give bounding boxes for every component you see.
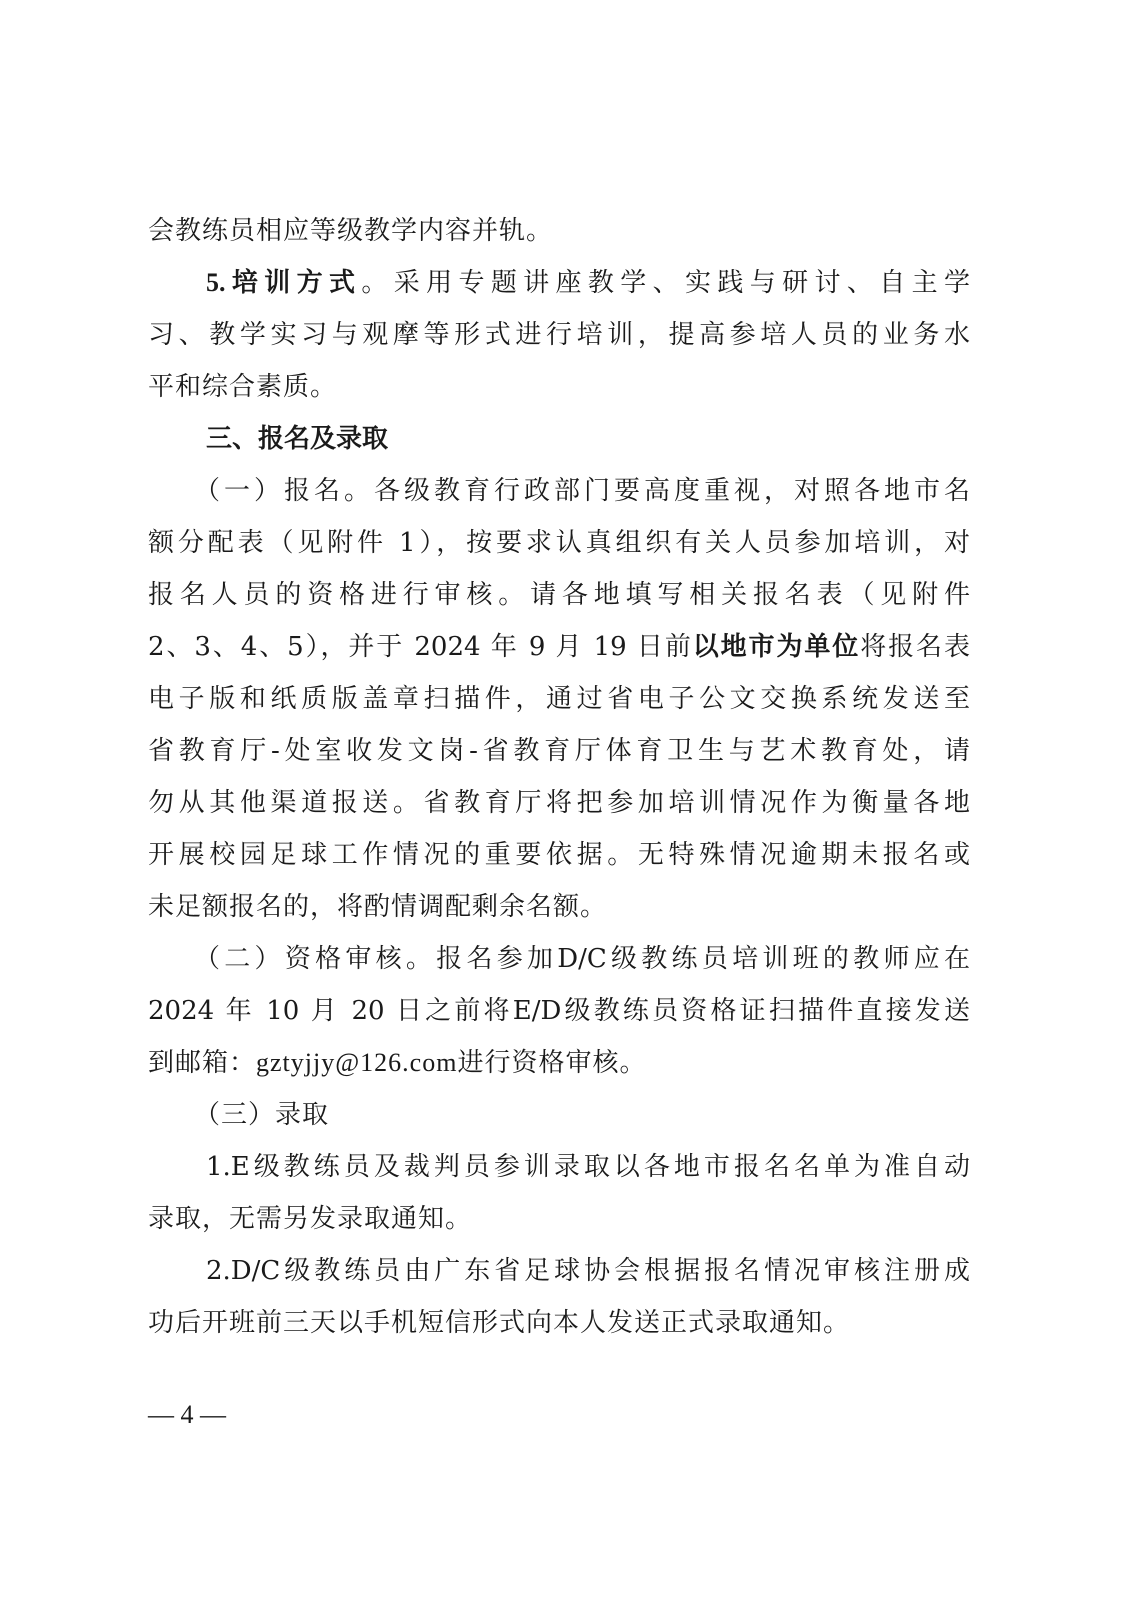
line-text: 功后开班前三天以手机短信形式向本人发送正式录取通知。 (148, 1308, 850, 1338)
paragraph-line: 录取，无需另发录取通知。 (148, 1193, 970, 1245)
line-text: 进行资格审核。 (457, 1048, 646, 1078)
line-text: 会教练员相应等级教学内容并轨。 (148, 216, 553, 246)
paragraph-qualification-review: （二）资格审核。报名参加D/C级教练员培训班的教师应在 (148, 933, 970, 985)
paragraph-line: 额分配表（见附件 1），按要求认真组织有关人员参加培训，对 (148, 517, 970, 569)
section-heading: 三、报名及录取 (148, 413, 970, 465)
page-number: — 4 — (148, 1400, 226, 1430)
paragraph-line: 平和综合素质。 (148, 361, 970, 413)
section-heading-text: 三、报名及录取 (206, 424, 388, 454)
item-title-training-method: 5.培训方式 (206, 268, 361, 297)
email-address: gztyjjy@126.com (256, 1048, 457, 1077)
paragraph-line: 电子版和纸质版盖章扫描件，通过省电子公文交换系统发送至 (148, 673, 970, 725)
paragraph-line: 会教练员相应等级教学内容并轨。 (148, 205, 970, 257)
line-text: 。采用专题讲座教学、实践与研讨、自主学 (361, 268, 970, 298)
line-text: 2.D/C级教练员由广东省足球协会根据报名情况审核注册成 (206, 1256, 970, 1286)
line-text: 未足额报名的，将酌情调配剩余名额。 (148, 892, 607, 922)
paragraph-line: 省教育厅-处室收发文岗-省教育厅体育卫生与艺术教育处，请 (148, 725, 970, 777)
paragraph-training-method: 5.培训方式。采用专题讲座教学、实践与研讨、自主学 (148, 257, 970, 309)
line-text: （二）资格审核。报名参加D/C级教练员培训班的教师应在 (194, 944, 970, 974)
line-text: 习、教学实习与观摩等形式进行培训，提高参培人员的业务水 (148, 320, 970, 350)
line-text: 1.E级教练员及裁判员参训录取以各地市报名名单为准自动 (206, 1152, 970, 1182)
subsection-heading-admission: （三）录取 (148, 1089, 970, 1141)
line-text: 开展校园足球工作情况的重要依据。无特殊情况逾期未报名或 (148, 840, 970, 870)
line-text: 平和综合素质。 (148, 372, 337, 402)
paragraph-line: 2024 年 10 月 20 日之前将E/D级教练员资格证扫描件直接发送 (148, 985, 970, 1037)
line-text: 将报名表 (860, 632, 970, 662)
paragraph-line: 报名人员的资格进行审核。请各地填写相关报名表（见附件 (148, 569, 970, 621)
line-text: 勿从其他渠道报送。省教育厅将把参加培训情况作为衡量各地 (148, 788, 970, 818)
paragraph-line: 到邮箱：gztyjjy@126.com进行资格审核。 (148, 1037, 970, 1089)
paragraph-registration: （一）报名。各级教育行政部门要高度重视，对照各地市名 (148, 465, 970, 517)
paragraph-line: 功后开班前三天以手机短信形式向本人发送正式录取通知。 (148, 1297, 970, 1349)
line-text: 省教育厅-处室收发文岗-省教育厅体育卫生与艺术教育处，请 (148, 736, 970, 766)
line-text: 电子版和纸质版盖章扫描件，通过省电子公文交换系统发送至 (148, 684, 970, 714)
line-text: 录取，无需另发录取通知。 (148, 1204, 472, 1234)
paragraph-line: 未足额报名的，将酌情调配剩余名额。 (148, 881, 970, 933)
emphasis-text: 以地市为单位 (693, 632, 860, 662)
line-text: 2、3、4、5），并于 2024 年 9 月 19 日前 (148, 632, 693, 662)
line-text: （一）报名。各级教育行政部门要高度重视，对照各地市名 (194, 476, 970, 506)
paragraph-line: 开展校园足球工作情况的重要依据。无特殊情况逾期未报名或 (148, 829, 970, 881)
line-text: 到邮箱： (148, 1048, 256, 1078)
subsection-heading-text: （三）录取 (194, 1100, 329, 1130)
paragraph-line: 习、教学实习与观摩等形式进行培训，提高参培人员的业务水 (148, 309, 970, 361)
line-text: 2024 年 10 月 20 日之前将E/D级教练员资格证扫描件直接发送 (148, 996, 970, 1026)
paragraph-admission-item-2: 2.D/C级教练员由广东省足球协会根据报名情况审核注册成 (148, 1245, 970, 1297)
paragraph-line: 勿从其他渠道报送。省教育厅将把参加培训情况作为衡量各地 (148, 777, 970, 829)
paragraph-admission-item-1: 1.E级教练员及裁判员参训录取以各地市报名名单为准自动 (148, 1141, 970, 1193)
paragraph-line: 2、3、4、5），并于 2024 年 9 月 19 日前以地市为单位将报名表 (148, 621, 970, 673)
document-body: 会教练员相应等级教学内容并轨。 5.培训方式。采用专题讲座教学、实践与研讨、自主… (148, 205, 970, 1349)
line-text: 报名人员的资格进行审核。请各地填写相关报名表（见附件 (148, 580, 970, 610)
line-text: 额分配表（见附件 1），按要求认真组织有关人员参加培训，对 (148, 528, 970, 558)
